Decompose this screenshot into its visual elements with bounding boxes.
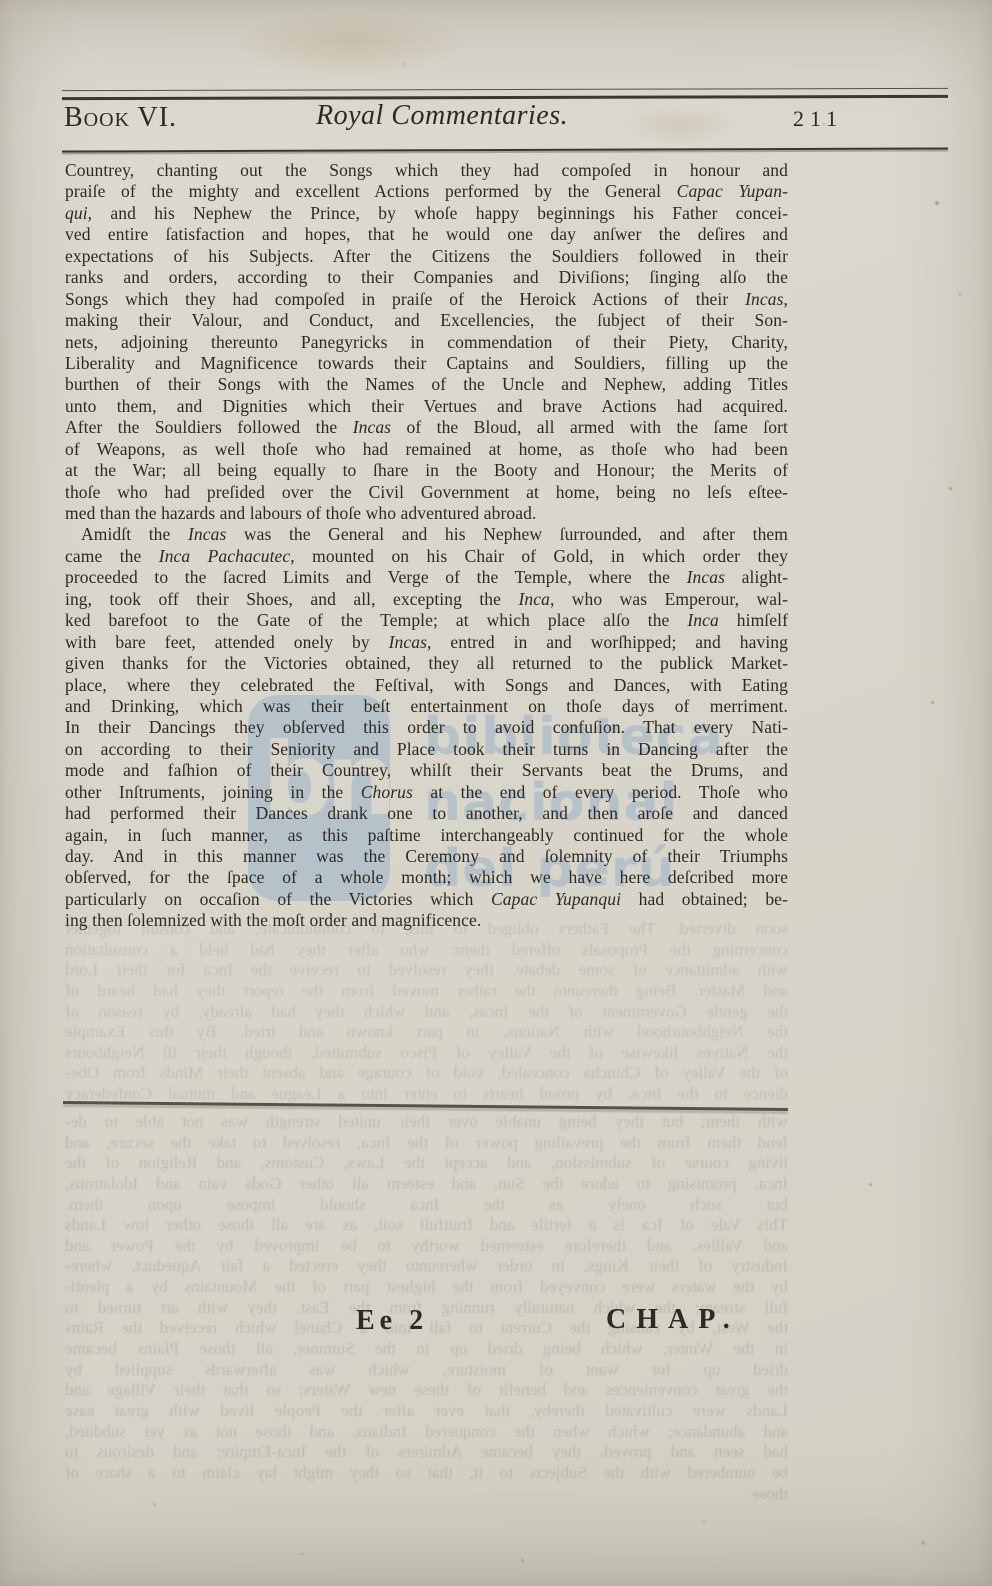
text-line: on according to their Seniority and Plac… [65,739,788,760]
showthrough-line: by the waters were conveyed from the hig… [65,1277,788,1298]
text-line: nets, adjoining thereunto Panegyricks in… [65,332,788,353]
showthrough-line: dried up for want of moisture, which was… [65,1360,788,1381]
showthrough-line: with admittance of some debate, they res… [65,960,788,981]
text-line: place, where they celebrated the Feſtiva… [65,675,788,696]
text-line: other Inſtruments, joining in the Chorus… [65,782,788,803]
showthrough-line: but such onely as the Inca should impose… [65,1195,788,1216]
showthrough-line: in the Winter, which being dried up in t… [65,1339,788,1360]
showthrough-line: with them; but they being unable over th… [65,1112,788,1133]
showthrough-line: fend them from the prevailing power of t… [65,1133,788,1154]
text-line: In their Dancings they obſerved this ord… [65,717,788,738]
text-line: qui, and his Nephew the Prince, by whoſe… [65,203,788,224]
showthrough-line: and abundance; which when the conquered … [65,1422,788,1443]
text-line: Countrey, chanting out the Songs which t… [65,160,788,181]
text-line: at the War; all being equally to ſhare i… [65,460,788,481]
showthrough-line: Inca, promising to adore the Sun, and es… [65,1174,788,1195]
showthrough-line: concerning the Proposals offered them; w… [65,940,788,961]
showthrough-line: those [65,1484,788,1505]
text-line: burthen of their Songs with the Names of… [65,374,788,395]
text-line: of Weapons, as well thoſe who had remain… [65,439,788,460]
text-line: med than the hazards and labours of thoſ… [65,503,788,524]
text-line: ing, took off their Shoes, and all, exce… [65,589,788,610]
text-line: praiſe of the mighty and excellent Actio… [65,181,788,202]
showthrough-line: the great conveniences and benefit of th… [65,1380,788,1401]
text-line: again, in ſuch manner, as this paſtime i… [65,825,788,846]
showthrough-line: Lands were cultivated thereby, that ever… [65,1401,788,1422]
text-line: day. And in this manner was the Ceremony… [65,846,788,867]
showthrough-line: be numbered with the Subjects to it, tha… [65,1463,788,1484]
book-page: bn biblioteca nacional del perú soon div… [0,0,992,1586]
text-line: mode and faſhion of their Countrey, whil… [65,760,788,781]
text-line: came the Inca Pachacutec, mounted on his… [65,546,788,567]
text-line: with bare feet, attended onely by Incas,… [65,632,788,653]
text-line: given thanks for the Victories obtained,… [65,653,788,674]
text-line: obſerved, for the ſpace of a whole month… [65,867,788,888]
text-line: proceeded to the ſacred Limits and Verge… [65,567,788,588]
showthrough-line: living course of submission, and accept … [65,1153,788,1174]
showthrough-line: and Master. Being thereunto the rather m… [65,981,788,1002]
text-line: Amidſt the Incas was the General and his… [65,524,788,545]
signature-mark: Ee 2 [356,1305,428,1337]
text-line: thoſe who had preſided over the Civil Go… [65,482,788,503]
catchword: CHAP. [606,1304,740,1336]
showthrough-block-upper: soon diverted. The Fathers obliged to th… [65,919,788,1105]
running-title: Royal Commentaries. [316,100,568,132]
text-line: expectations of his Subjects. After the … [65,246,788,267]
book-label: Book VI. [64,102,177,134]
text-line: and Drinking, which was their beſt enter… [65,696,788,717]
text-line: unto them, and Dignities which their Ver… [65,396,788,417]
body-text: Countrey, chanting out the Songs which t… [65,160,788,932]
showthrough-line: the Neighbourhood with Nations, in part … [65,1022,788,1043]
text-line: ved entire ſatisfaction and hopes, that … [65,224,788,245]
text-line: After the Souldiers followed the Incas o… [65,417,788,438]
text-line: ing then ſolemnized with the moſt order … [65,910,788,931]
text-line: making their Valour, and Conduct, and Ex… [65,310,788,331]
text-line: Liberality and Magnificence towards thei… [65,353,788,374]
text-line: ranks and orders, according to their Com… [65,267,788,288]
showthrough-line: of the Valley of Chincha concealed, void… [65,1063,788,1084]
showthrough-line: the Natives likewise of the Valley of Pi… [65,1043,788,1064]
text-line: had performed their Dances drank one to … [65,803,788,824]
showthrough-line: Industry of their Kings, in order whereu… [65,1256,788,1277]
text-line: ked barefoot to the Gate of the Temple; … [65,610,788,631]
text-line: particularly on occaſion of the Victorie… [65,889,788,910]
showthrough-line: had seen and proved, they became Admirer… [65,1442,788,1463]
showthrough-line: the gentle Government of the Incas, and … [65,1002,788,1023]
page-number: 211 [793,106,843,132]
showthrough-line: and Vallies, and therefore esteemed wort… [65,1236,788,1257]
showthrough-line: This Vale of Ica is a fertile and fruitf… [65,1215,788,1236]
text-line: Songs which they had compoſed in praiſe … [65,289,788,310]
